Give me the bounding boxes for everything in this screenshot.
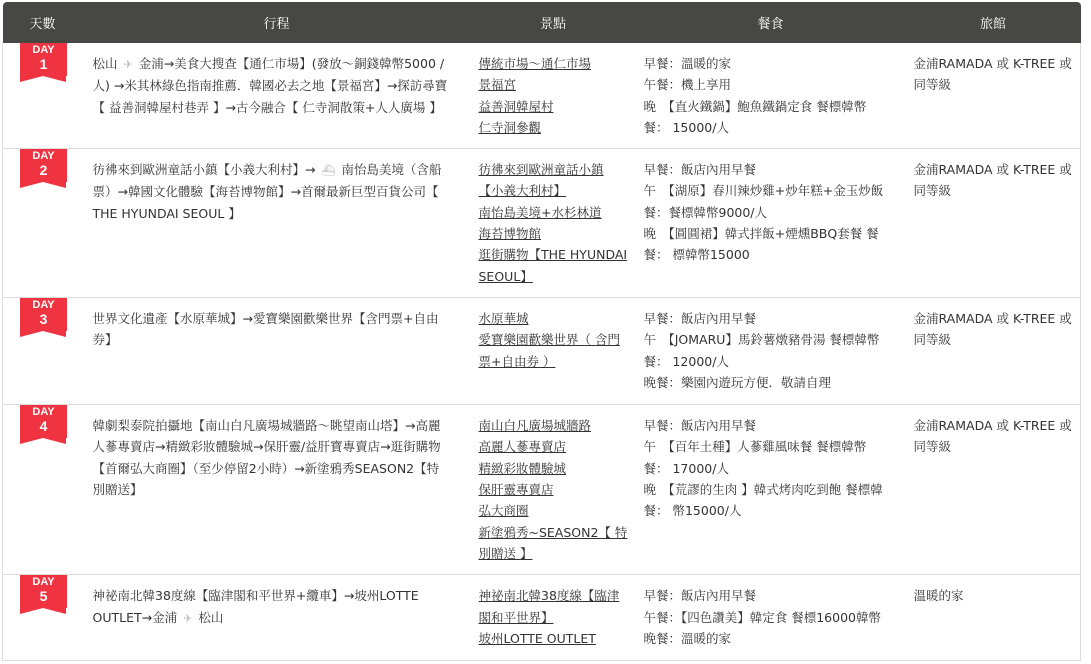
spot-link[interactable]: 傳統市場～通仁市場 bbox=[479, 53, 628, 74]
day-badge: DAY 1 bbox=[20, 43, 67, 76]
meal-line: 晚餐：溫暖的家 bbox=[644, 628, 898, 649]
meal-line: 午 【百年土種】人蔘雞風味餐 餐標韓幣 bbox=[644, 436, 898, 457]
meal-line: 餐：餐標韓幣9000/人 bbox=[644, 202, 898, 223]
meal-line: 午 【JOMARU】馬鈴薯燉豬骨湯 餐標韓幣 bbox=[644, 329, 898, 350]
route-cell: 韓劇梨泰院拍攝地【南山白凡廣場城牆路～眺望南山塔】→高麗人蔘專賣店→精緻彩妝體驗… bbox=[83, 405, 471, 575]
day-cell: DAY 3 bbox=[3, 298, 83, 405]
header-hotel: 旅館 bbox=[906, 2, 1081, 43]
day-badge-number: 1 bbox=[20, 56, 67, 72]
itinerary-table: 天數 行程 景點 餐食 旅館 DAY 1 松山✈金浦→美食大搜查【通仁市場】(發… bbox=[2, 2, 1081, 661]
table-row-day-1: DAY 1 松山✈金浦→美食大搜查【通仁市場】(發放～銅錢韓幣5000 / 人)… bbox=[3, 43, 1081, 149]
table-row-day-2: DAY 2 彷彿來到歐洲童話小鎮【小義大利村】→⛴南怡島美境（含船票）→韓國文化… bbox=[3, 149, 1081, 298]
spot-link[interactable]: 景福宮 bbox=[479, 74, 628, 95]
itinerary-table-container: 天數 行程 景點 餐食 旅館 DAY 1 松山✈金浦→美食大搜查【通仁市場】(發… bbox=[2, 2, 1080, 661]
table-row-day-4: DAY 4 韓劇梨泰院拍攝地【南山白凡廣場城牆路～眺望南山塔】→高麗人蔘專賣店→… bbox=[3, 405, 1081, 575]
spot-link[interactable]: 愛寶樂園歡樂世界（ 含門票+自由券 ） bbox=[479, 329, 628, 372]
spot-link[interactable]: 神祕南北韓38度線【臨津閣和平世界】 bbox=[479, 585, 628, 628]
day-badge-number: 2 bbox=[20, 162, 67, 178]
hotel-cell: 溫暖的家 bbox=[906, 575, 1081, 661]
day-cell: DAY 2 bbox=[3, 149, 83, 298]
day-badge-number: 4 bbox=[20, 418, 67, 434]
route-text-pre: 彷彿來到歐洲童話小鎮【小義大利村】→ bbox=[93, 162, 316, 177]
spots-cell: 彷彿來到歐洲童話小鎮【小義大利村】 南怡島美境+水杉林道 海苔博物館 逛街購物【… bbox=[471, 149, 636, 298]
day-badge-label: DAY bbox=[20, 405, 67, 418]
meal-line: 晚餐：樂園內遊玩方便．敬請自理 bbox=[644, 372, 898, 393]
spot-link[interactable]: 海苔博物館 bbox=[479, 223, 628, 244]
spots-cell: 神祕南北韓38度線【臨津閣和平世界】 坡州LOTTE OUTLET bbox=[471, 575, 636, 661]
meal-line: 早餐：飯店內用早餐 bbox=[644, 308, 898, 329]
spot-link[interactable]: 仁寺洞參觀 bbox=[479, 117, 628, 138]
spots-cell: 南山白凡廣場城牆路 高麗人蔘專賣店 精緻彩妝體驗城 保肝靈專賣店 弘大商圈 新塗… bbox=[471, 405, 636, 575]
route-cell: 神祕南北韓38度線【臨津閣和平世界+纜車】→坡州LOTTE OUTLET→金浦✈… bbox=[83, 575, 471, 661]
table-header-row: 天數 行程 景點 餐食 旅館 bbox=[3, 2, 1081, 43]
meal-line: 早餐：飯店內用早餐 bbox=[644, 415, 898, 436]
hotel-cell: 金浦RAMADA 或 K-TREE 或同等級 bbox=[906, 43, 1081, 149]
meal-line: 餐： 幣15000/人 bbox=[644, 500, 898, 521]
day-badge-label: DAY bbox=[20, 575, 67, 588]
day-badge-label: DAY bbox=[20, 43, 67, 56]
day-badge: DAY 3 bbox=[20, 298, 67, 331]
meal-line: 午 【湖原】春川辣炒雞+炒年糕+金玉炒飯 bbox=[644, 180, 898, 201]
meals-cell: 早餐：溫暖的家 午餐：機上享用 晚 【直火鐵鍋】鮑魚鐵鍋定食 餐標韓幣 餐： 1… bbox=[636, 43, 906, 149]
meal-line: 餐： 15000/人 bbox=[644, 117, 898, 138]
ship-icon: ⛴ bbox=[321, 160, 335, 181]
spot-link[interactable]: 弘大商圈 bbox=[479, 500, 628, 521]
spot-link[interactable]: 高麗人蔘專賣店 bbox=[479, 436, 628, 457]
table-row-day-3: DAY 3 世界文化遺產【水原華城】→愛寶樂園歡樂世界【含門票+自由券】 水原華… bbox=[3, 298, 1081, 405]
route-cell: 松山✈金浦→美食大搜查【通仁市場】(發放～銅錢韓幣5000 / 人) →米其林綠… bbox=[83, 43, 471, 149]
hotel-cell: 金浦RAMADA 或 K-TREE 或同等級 bbox=[906, 149, 1081, 298]
meal-line: 午餐：機上享用 bbox=[644, 74, 898, 95]
header-meals: 餐食 bbox=[636, 2, 906, 43]
meals-cell: 早餐：飯店內用早餐 午 【湖原】春川辣炒雞+炒年糕+金玉炒飯 餐：餐標韓幣900… bbox=[636, 149, 906, 298]
meal-line: 午餐：【四色讚美】韓定食 餐標16000韓幣 bbox=[644, 607, 898, 628]
meals-cell: 早餐：飯店內用早餐 午 【百年土種】人蔘雞風味餐 餐標韓幣 餐： 17000/人… bbox=[636, 405, 906, 575]
spot-link[interactable]: 保肝靈專賣店 bbox=[479, 479, 628, 500]
spot-link[interactable]: 精緻彩妝體驗城 bbox=[479, 458, 628, 479]
route-cell: 世界文化遺產【水原華城】→愛寶樂園歡樂世界【含門票+自由券】 bbox=[83, 298, 471, 405]
day-cell: DAY 5 bbox=[3, 575, 83, 661]
route-text-post: 金浦→美食大搜查【通仁市場】(發放～銅錢韓幣5000 / 人) →米其林綠色指南… bbox=[93, 56, 448, 115]
header-spots: 景點 bbox=[471, 2, 636, 43]
spot-link[interactable]: 彷彿來到歐洲童話小鎮【小義大利村】 bbox=[479, 159, 628, 202]
route-text-pre: 松山 bbox=[93, 56, 118, 71]
plane-icon: ✈ bbox=[124, 54, 133, 75]
spot-link[interactable]: 坡州LOTTE OUTLET bbox=[479, 628, 628, 649]
spots-cell: 傳統市場～通仁市場 景福宮 益善洞韓屋村 仁寺洞參觀 bbox=[471, 43, 636, 149]
meals-cell: 早餐：飯店內用早餐 午 【JOMARU】馬鈴薯燉豬骨湯 餐標韓幣 餐： 1200… bbox=[636, 298, 906, 405]
day-cell: DAY 1 bbox=[3, 43, 83, 149]
day-badge: DAY 5 bbox=[20, 575, 67, 608]
plane-icon: ✈ bbox=[183, 608, 192, 629]
meal-line: 餐： 12000/人 bbox=[644, 351, 898, 372]
meal-line: 晚 【荒謬的生肉 】韓式烤肉吃到飽 餐標韓 bbox=[644, 479, 898, 500]
day-badge-number: 5 bbox=[20, 588, 67, 604]
meal-line: 晚 【直火鐵鍋】鮑魚鐵鍋定食 餐標韓幣 bbox=[644, 96, 898, 117]
day-badge: DAY 4 bbox=[20, 405, 67, 438]
spot-link[interactable]: 南怡島美境+水杉林道 bbox=[479, 202, 628, 223]
meal-line: 餐： 17000/人 bbox=[644, 458, 898, 479]
meal-line: 早餐：溫暖的家 bbox=[644, 53, 898, 74]
route-text-post: 松山 bbox=[198, 610, 223, 625]
route-text-pre: 世界文化遺產【水原華城】→愛寶樂園歡樂世界【含門票+自由券】 bbox=[93, 311, 439, 347]
day-badge-number: 3 bbox=[20, 311, 67, 327]
day-badge: DAY 2 bbox=[20, 149, 67, 182]
spot-link[interactable]: 新塗鴉秀~SEASON2【 特別贈送 】 bbox=[479, 522, 628, 565]
day-badge-label: DAY bbox=[20, 149, 67, 162]
meal-line: 餐： 標韓幣15000 bbox=[644, 244, 898, 265]
spots-cell: 水原華城 愛寶樂園歡樂世界（ 含門票+自由券 ） bbox=[471, 298, 636, 405]
route-cell: 彷彿來到歐洲童話小鎮【小義大利村】→⛴南怡島美境（含船票）→韓國文化體驗【海苔博… bbox=[83, 149, 471, 298]
spot-link[interactable]: 逛街購物【THE HYUNDAI SEOUL】 bbox=[479, 244, 628, 287]
day-cell: DAY 4 bbox=[3, 405, 83, 575]
hotel-cell: 金浦RAMADA 或 K-TREE 或同等級 bbox=[906, 405, 1081, 575]
route-text-pre: 神祕南北韓38度線【臨津閣和平世界+纜車】→坡州LOTTE OUTLET→金浦 bbox=[93, 588, 419, 624]
spot-link[interactable]: 益善洞韓屋村 bbox=[479, 96, 628, 117]
meal-line: 早餐：飯店內用早餐 bbox=[644, 159, 898, 180]
spot-link[interactable]: 南山白凡廣場城牆路 bbox=[479, 415, 628, 436]
header-route: 行程 bbox=[83, 2, 471, 43]
header-days: 天數 bbox=[3, 2, 83, 43]
table-row-day-5: DAY 5 神祕南北韓38度線【臨津閣和平世界+纜車】→坡州LOTTE OUTL… bbox=[3, 575, 1081, 661]
meal-line: 晚 【圓圓裙】韓式拌飯+煙燻BBQ套餐 餐 bbox=[644, 223, 898, 244]
hotel-cell: 金浦RAMADA 或 K-TREE 或同等級 bbox=[906, 298, 1081, 405]
day-badge-label: DAY bbox=[20, 298, 67, 311]
route-text-pre: 韓劇梨泰院拍攝地【南山白凡廣場城牆路～眺望南山塔】→高麗人蔘專賣店→精緻彩妝體驗… bbox=[93, 418, 441, 497]
meal-line: 早餐：飯店內用早餐 bbox=[644, 585, 898, 606]
spot-link[interactable]: 水原華城 bbox=[479, 308, 628, 329]
meals-cell: 早餐：飯店內用早餐 午餐：【四色讚美】韓定食 餐標16000韓幣 晚餐：溫暖的家 bbox=[636, 575, 906, 661]
